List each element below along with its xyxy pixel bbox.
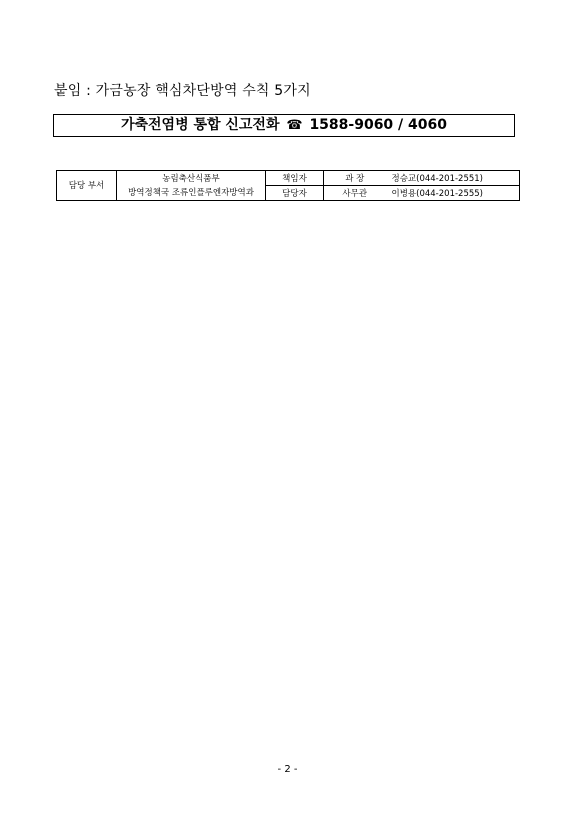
- role-cell: 책임자: [266, 171, 324, 186]
- title-cell: 사무관: [324, 186, 386, 201]
- name-cell: 이병용(044-201-2555): [386, 186, 520, 201]
- role-cell: 담당자: [266, 186, 324, 201]
- contact-phone: (044-201-2555): [416, 189, 483, 199]
- division-name: 방역정책국 조류인플루엔자방역과: [117, 186, 265, 200]
- ministry-name: 농림축산식품부: [117, 172, 265, 186]
- hotline-label: 가축전염병 통합 신고전화: [121, 117, 280, 133]
- attachment-title: 붙임 : 가금농장 핵심차단방역 수칙 5가지: [54, 80, 311, 100]
- contact-name: 이병용: [392, 189, 417, 199]
- title-cell: 과 장: [324, 171, 386, 186]
- page-number: - 2 -: [0, 764, 575, 775]
- contact-name: 정승교: [392, 174, 417, 184]
- contact-table: 담당 부서 농림축산식품부 방역정책국 조류인플루엔자방역과 책임자 과 장 정…: [56, 170, 520, 201]
- phone-icon: ☎: [286, 118, 302, 133]
- dept-label: 담당 부서: [57, 171, 117, 201]
- hotline-numbers: 1588-9060 / 4060: [309, 117, 447, 133]
- contact-phone: (044-201-2551): [416, 174, 483, 184]
- dept-name: 농림축산식품부 방역정책국 조류인플루엔자방역과: [117, 171, 266, 201]
- table-row: 담당 부서 농림축산식품부 방역정책국 조류인플루엔자방역과 책임자 과 장 정…: [57, 171, 520, 186]
- hotline-box: 가축전염병 통합 신고전화 ☎ 1588-9060 / 4060: [53, 114, 515, 137]
- name-cell: 정승교(044-201-2551): [386, 171, 520, 186]
